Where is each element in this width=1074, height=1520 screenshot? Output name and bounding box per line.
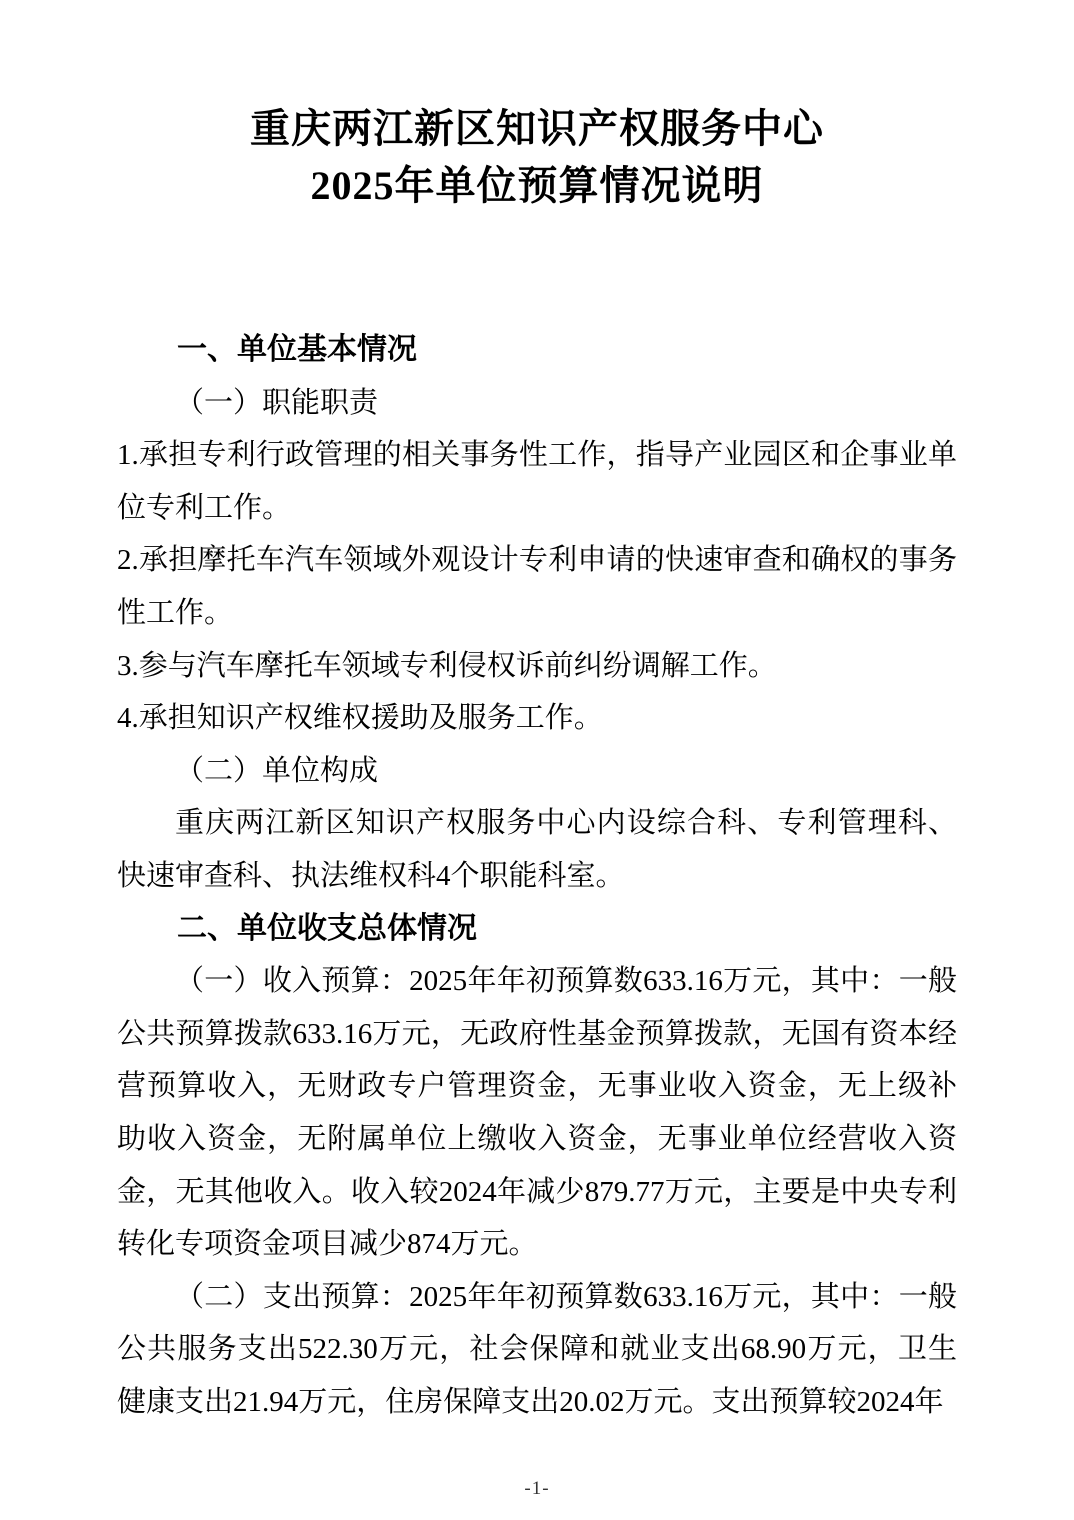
composition-paragraph: 重庆两江新区知识产权服务中心内设综合科、专利管理科、快速审查科、执法维权科4个职… [117,797,957,902]
section1-sub1-heading: （一）职能职责 [117,377,957,430]
duty-item-1: 1.承担专利行政管理的相关事务性工作，指导产业园区和企事业单位专利工作。 [117,429,957,534]
document-title: 重庆两江新区知识产权服务中心 2025年单位预算情况说明 [0,0,1074,214]
document-page: 重庆两江新区知识产权服务中心 2025年单位预算情况说明 一、单位基本情况 （一… [0,0,1074,1520]
income-budget-paragraph: （一）收入预算：2025年年初预算数633.16万元，其中：一般公共预算拨款63… [117,955,957,1271]
document-body: 一、单位基本情况 （一）职能职责 1.承担专利行政管理的相关事务性工作，指导产业… [117,324,957,1428]
document-title-line2: 2025年单位预算情况说明 [0,157,1074,214]
section1-sub2-heading: （二）单位构成 [117,745,957,798]
expenditure-budget-paragraph: （二）支出预算：2025年年初预算数633.16万元，其中：一般公共服务支出52… [117,1271,957,1429]
document-title-line1: 重庆两江新区知识产权服务中心 [0,100,1074,157]
section1-heading: 一、单位基本情况 [117,324,957,377]
page-number: -1- [0,1478,1074,1500]
duty-item-4: 4.承担知识产权维权援助及服务工作。 [117,692,957,745]
duty-item-2: 2.承担摩托车汽车领域外观设计专利申请的快速审查和确权的事务性工作。 [117,534,957,639]
section2-heading: 二、单位收支总体情况 [117,903,957,956]
duty-item-3: 3.参与汽车摩托车领域专利侵权诉前纠纷调解工作。 [117,640,957,693]
